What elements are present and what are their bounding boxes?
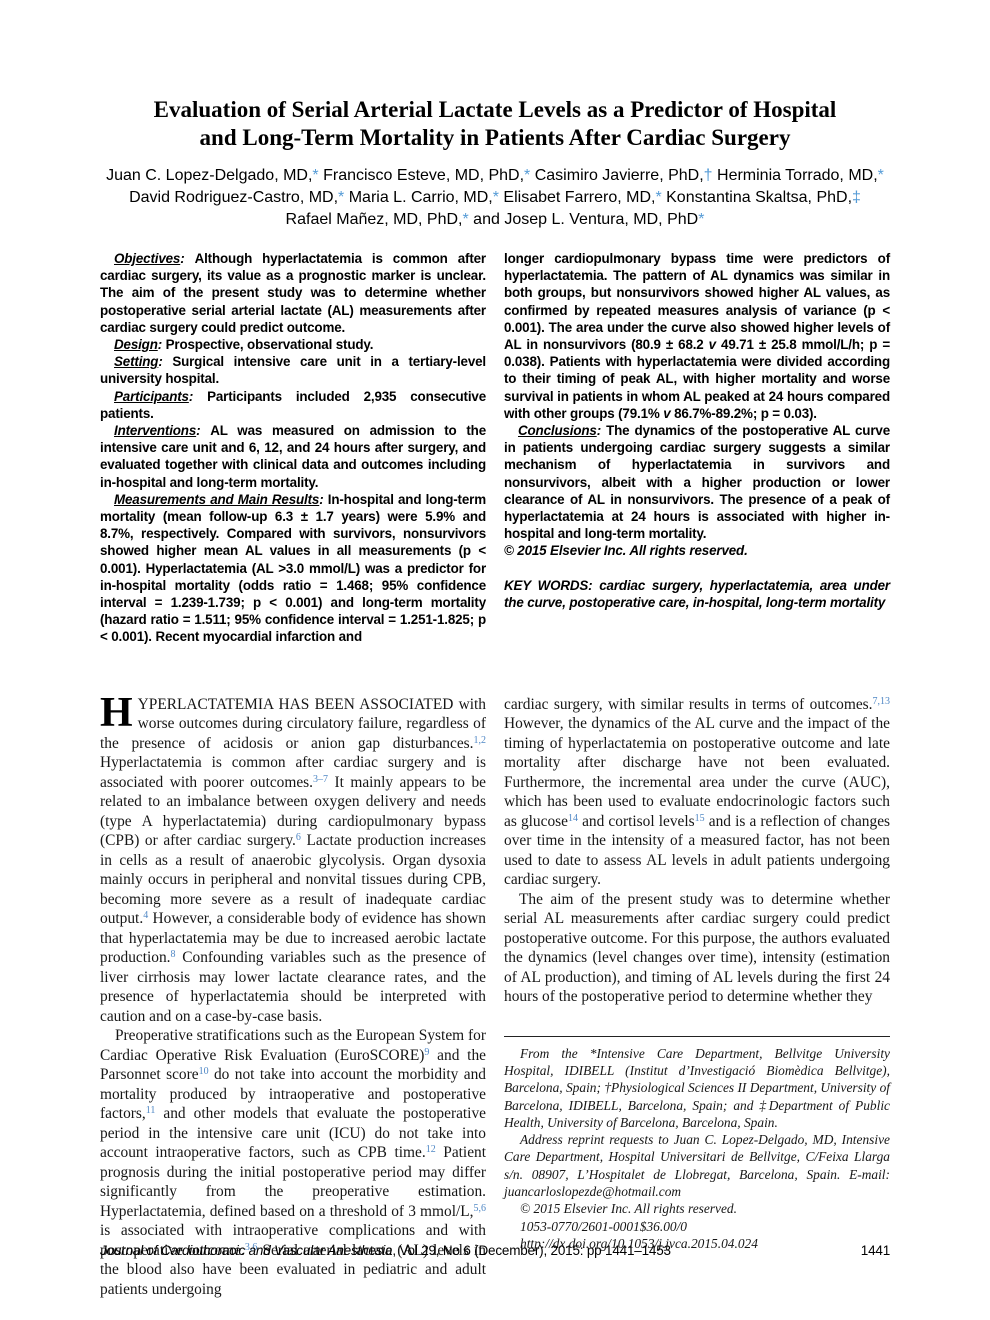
affiliation-marker: *	[524, 167, 530, 184]
abstract-section-label: Conclusions	[518, 423, 606, 438]
affiliation-marker: *	[698, 211, 704, 228]
author-line: Rafael Mañez, MD, PhD,* and Josep L. Ven…	[100, 209, 890, 231]
abstract-conclusions: ConclusionsThe dynamics of the postopera…	[504, 422, 890, 542]
affiliation-marker: *	[463, 211, 469, 228]
reference-superscript: 3–7	[313, 774, 328, 785]
body-column-left: HYPERLACTATEMIA HAS BEEN ASSOCIATED with…	[100, 695, 486, 1300]
abstract-section-label: Participants	[114, 389, 207, 404]
abstract-section-label: Design	[114, 337, 166, 352]
article-body: HYPERLACTATEMIA HAS BEEN ASSOCIATED with…	[100, 695, 890, 1300]
author-list: Juan C. Lopez-Delgado, MD,* Francisco Es…	[100, 165, 890, 231]
issn-note: 1053-0770/2601-0001$36.00/0	[504, 1218, 890, 1235]
affiliation-marker: *	[312, 167, 318, 184]
reference-superscript: 12	[426, 1144, 436, 1155]
abstract-section-label: Setting	[114, 354, 172, 369]
affiliation-marker: *	[493, 189, 499, 206]
article-title: Evaluation of Serial Arterial Lactate Le…	[100, 96, 890, 152]
body-paragraph-4: The aim of the present study was to dete…	[504, 890, 890, 1007]
article-title-line2: and Long-Term Mortality in Patients Afte…	[200, 125, 791, 150]
reference-superscript: 15	[695, 813, 705, 824]
author-line: David Rodriguez-Castro, MD,* Maria L. Ca…	[100, 187, 890, 209]
abstract-copyright: © 2015 Elsevier Inc. All rights reserved…	[504, 542, 890, 559]
reference-superscript: 10	[199, 1066, 209, 1077]
affiliations-note: From the *Intensive Care Department, Bel…	[504, 1045, 890, 1131]
reference-superscript: 6	[296, 832, 301, 843]
abstract-measurements: Measurements and Main ResultsIn-hospital…	[100, 491, 486, 646]
reference-superscript: 1,2	[474, 735, 487, 746]
keywords: KEY WORDS: cardiac surgery, hyperlactate…	[504, 577, 890, 611]
journal-citation: Journal of Cardiothoracic and Vascular A…	[100, 1243, 671, 1259]
affiliation-marker: ‡	[852, 189, 861, 206]
drop-cap: H	[100, 695, 138, 730]
reference-superscript: 5,6	[474, 1203, 487, 1214]
affiliation-marker: *	[878, 167, 884, 184]
page-number: 1441	[861, 1243, 890, 1259]
abstract-results-continued: longer cardiopulmonary bypass time were …	[504, 250, 890, 422]
reference-superscript: 14	[568, 813, 578, 824]
abstract-interventions: InterventionsAL was measured on admissio…	[100, 422, 486, 491]
affiliation-marker: *	[338, 189, 344, 206]
abstract-section-label: Measurements and Main Results	[114, 492, 328, 507]
body-paragraph-1: HYPERLACTATEMIA HAS BEEN ASSOCIATED with…	[100, 695, 486, 1027]
body-paragraph-3: cardiac surgery, with similar results in…	[504, 695, 890, 890]
abstract-objectives: ObjectivesAlthough hyperlactatemia is co…	[100, 250, 486, 336]
abstract: ObjectivesAlthough hyperlactatemia is co…	[100, 250, 890, 646]
abstract-setting: SettingSurgical intensive care unit in a…	[100, 353, 486, 387]
abstract-participants: ParticipantsParticipants included 2,935 …	[100, 388, 486, 422]
article-title-line1: Evaluation of Serial Arterial Lactate Le…	[154, 97, 837, 122]
copyright-note: © 2015 Elsevier Inc. All rights reserved…	[504, 1200, 890, 1217]
reference-superscript: 11	[146, 1105, 156, 1116]
footnote-block: From the *Intensive Care Department, Bel…	[504, 1036, 890, 1253]
abstract-column-right: longer cardiopulmonary bypass time were …	[504, 250, 890, 646]
abstract-section-label: Objectives	[114, 251, 195, 266]
affiliation-marker: †	[704, 167, 713, 184]
abstract-design: DesignProspective, observational study.	[100, 336, 486, 353]
reference-superscript: 9	[424, 1047, 429, 1058]
reference-superscript: 7,13	[873, 696, 891, 707]
affiliation-marker: *	[655, 189, 661, 206]
abstract-column-left: ObjectivesAlthough hyperlactatemia is co…	[100, 250, 486, 646]
keywords-label: KEY WORDS:	[504, 578, 593, 593]
reference-superscript: 4	[143, 910, 148, 921]
abstract-section-label: Interventions	[114, 423, 210, 438]
journal-article-page: Evaluation of Serial Arterial Lactate Le…	[0, 0, 990, 1320]
reference-superscript: 8	[171, 949, 176, 960]
reprint-requests-note: Address reprint requests to Juan C. Lope…	[504, 1131, 890, 1200]
body-column-right: cardiac surgery, with similar results in…	[504, 695, 890, 1300]
author-line: Juan C. Lopez-Delgado, MD,* Francisco Es…	[100, 165, 890, 187]
page-footer: Journal of Cardiothoracic and Vascular A…	[100, 1243, 890, 1259]
